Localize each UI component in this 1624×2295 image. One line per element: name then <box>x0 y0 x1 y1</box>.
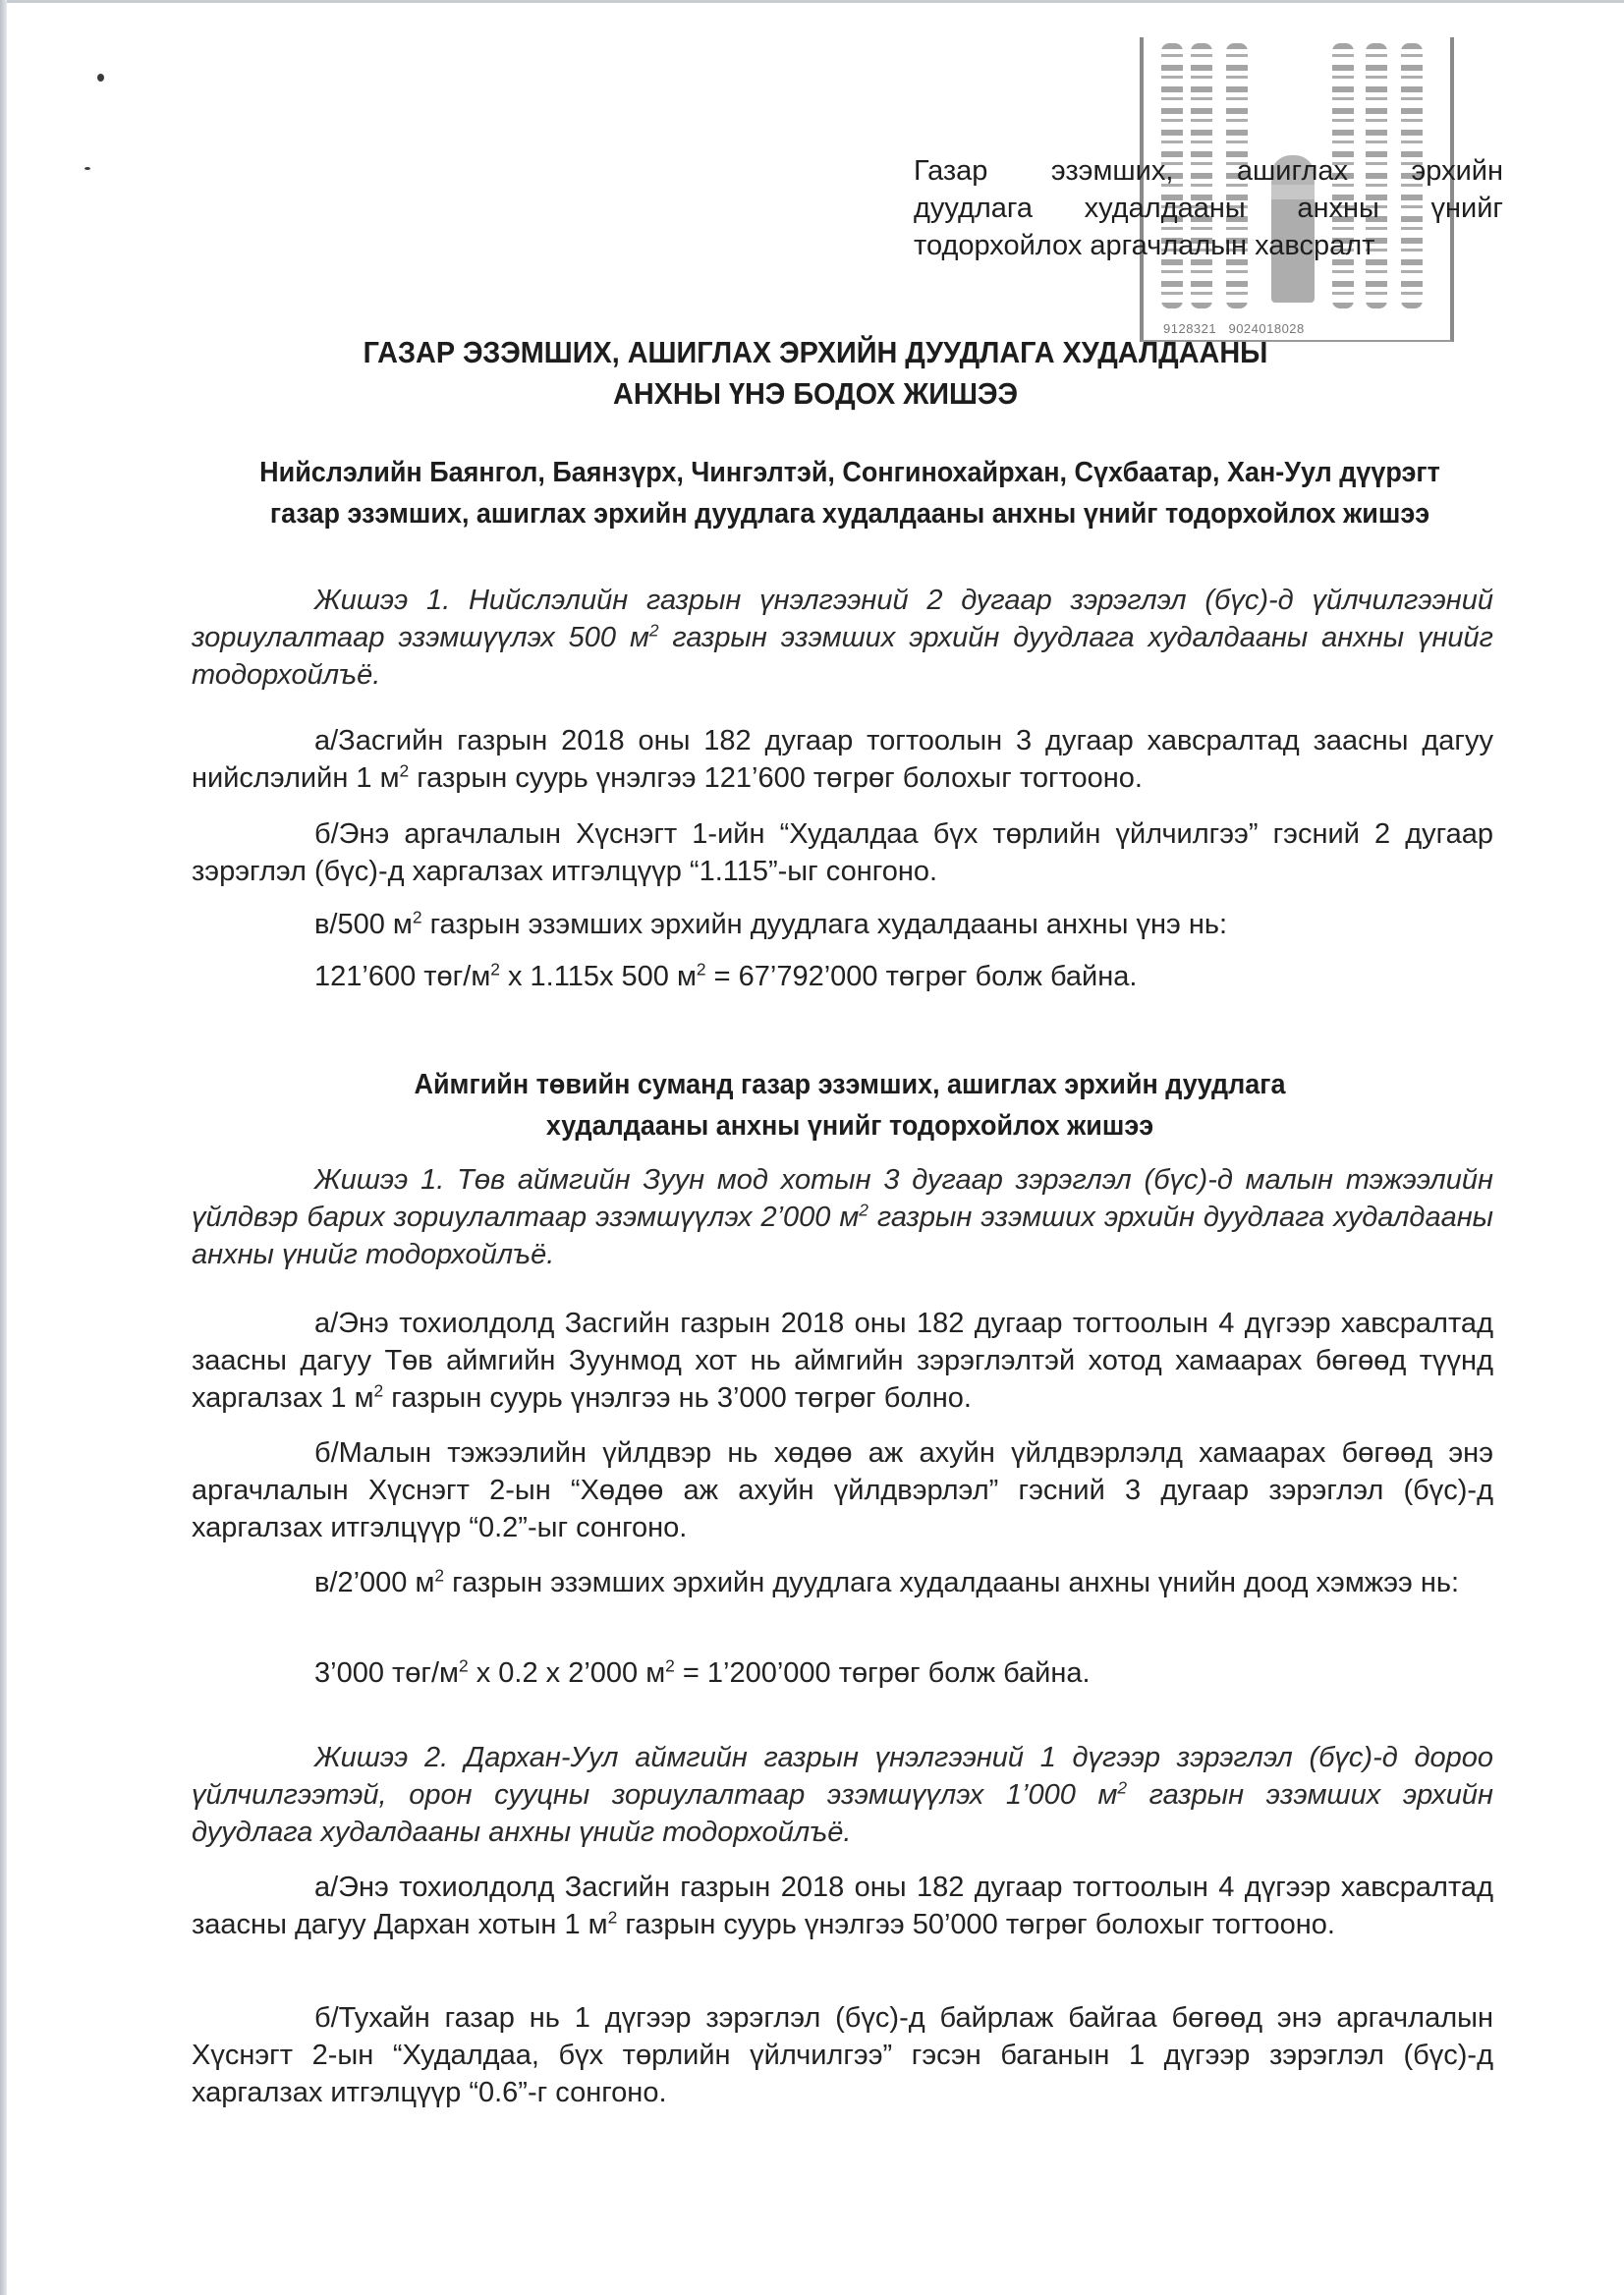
step-a: а/Энэ тохиолдолд Засгийн газрын 2018 оны… <box>192 1869 1493 1943</box>
example-intro: Жишээ 2. Дархан-Уул аймгийн газрын үнэлг… <box>192 1739 1493 1851</box>
scan-speck <box>97 74 104 82</box>
example-intro: Жишээ 1. Нийслэлийн газрын үнэлгээний 2 … <box>192 582 1493 694</box>
calculation-formula: 3’000 төг/м2 х 0.2 х 2’000 м2 = 1’200’00… <box>314 1654 1493 1692</box>
scan-speck <box>84 167 90 170</box>
step-b: б/Энэ аргачлалын Хүснэгт 1-ийн “Худалдаа… <box>192 815 1493 890</box>
heading-line: худалдааны анхны үнийг тодорхойлох жишээ <box>243 1105 1458 1147</box>
step-v: в/2’000 м2 газрын эзэмших эрхийн дуудлаг… <box>192 1564 1493 1601</box>
step-a: а/Засгийн газрын 2018 оны 182 дугаар тог… <box>192 722 1493 797</box>
step-b: б/Тухайн газар нь 1 дүгээр зэрэглэл (бүс… <box>192 1999 1493 2111</box>
example-intro: Жишээ 1. Төв аймгийн Зуун мод хотын 3 ду… <box>192 1161 1493 1273</box>
scan-edge-left <box>0 0 7 2295</box>
section-heading-aimag: Аймгийн төвийн суманд газар эзэмших, аши… <box>243 1064 1458 1147</box>
title-line: ГАЗАР ЭЗЭМШИХ, АШИГЛАХ ЭРХИЙН ДУУДЛАГА Х… <box>240 332 1391 373</box>
document-title: ГАЗАР ЭЗЭМШИХ, АШИГЛАХ ЭРХИЙН ДУУДЛАГА Х… <box>240 332 1391 415</box>
annex-line: Газар эзэмших, ашиглах эрхийн <box>914 152 1503 190</box>
annex-line: дуудлага худалдааны анхны үнийг <box>914 190 1503 227</box>
scan-edge-top <box>0 0 1624 3</box>
title-line: АНХНЫ ҮНЭ БОДОХ ЖИШЭЭ <box>240 373 1391 415</box>
section-heading-capital: Нийслэлийн Баянгол, Баянзүрх, Чингэлтэй,… <box>243 452 1458 534</box>
step-v: в/500 м2 газрын эзэмших эрхийн дуудлага … <box>314 906 1493 943</box>
step-a: а/Энэ тохиолдолд Засгийн газрын 2018 оны… <box>192 1305 1493 1417</box>
annex-note: Газар эзэмших, ашиглах эрхийн дуудлага х… <box>914 152 1503 264</box>
step-b: б/Малын тэжээлийн үйлдвэр нь хөдөө аж ах… <box>192 1434 1493 1546</box>
annex-line: тодорхойлох аргачлалын хавсралт <box>914 227 1503 264</box>
calculation-formula: 121’600 төг/м2 х 1.115х 500 м2 = 67’792’… <box>314 958 1493 995</box>
heading-line: Аймгийн төвийн суманд газар эзэмших, аши… <box>243 1064 1458 1105</box>
